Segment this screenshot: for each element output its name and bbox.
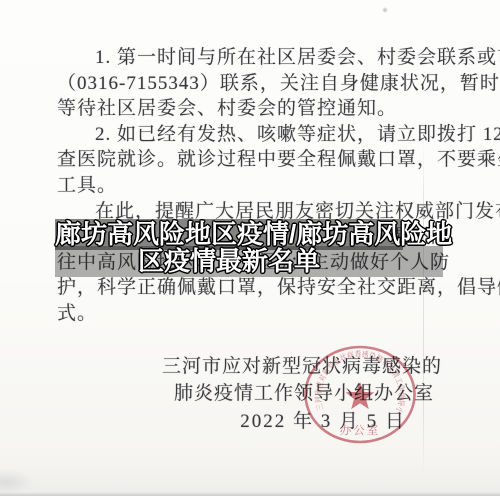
doc-line: 工具。	[57, 173, 450, 199]
caption-line-2: 区疫情最新名单	[55, 246, 403, 277]
caption-banner: 廊坊高风险地区疫情/廊坊高风险地 区疫情最新名单	[55, 219, 445, 277]
official-seal-graphic: 三河市应对新型冠状病毒感染肺炎疫情工作领导小组 办公室	[302, 344, 418, 446]
doc-line: 式。	[57, 301, 450, 327]
doc-line: 等待社区居委会、村委会的管控通知。	[57, 96, 450, 122]
document-body: 1. 第一时间与所在社区居委会、村委会联系或市疾控中心 （0316-715534…	[57, 45, 450, 327]
doc-line: 护，科学正确佩戴口罩，保持安全社交距离，倡导健康生活方	[57, 275, 450, 301]
scanned-document-page: 1. 第一时间与所在社区居委会、村委会联系或市疾控中心 （0316-715534…	[0, 0, 500, 496]
doc-line: （0316-7155343）联系，关注自身健康状况，暂时不要外出，	[57, 71, 450, 97]
seal-office-text: 办公室	[340, 423, 381, 437]
doc-line: 1. 第一时间与所在社区居委会、村委会联系或市疾控中心	[57, 45, 450, 71]
official-seal: 三河市应对新型冠状病毒感染肺炎疫情工作领导小组 办公室	[302, 344, 418, 446]
doc-line: 2. 如已经有发热、咳嗽等症状，请立即拨打 120 到定点筛	[57, 122, 450, 148]
page-bottom-shadow	[0, 492, 500, 496]
seal-star-icon	[346, 382, 375, 409]
doc-line: 查医院就诊。就诊过程中要全程佩戴口罩，不要乘坐公共交通	[57, 147, 450, 173]
